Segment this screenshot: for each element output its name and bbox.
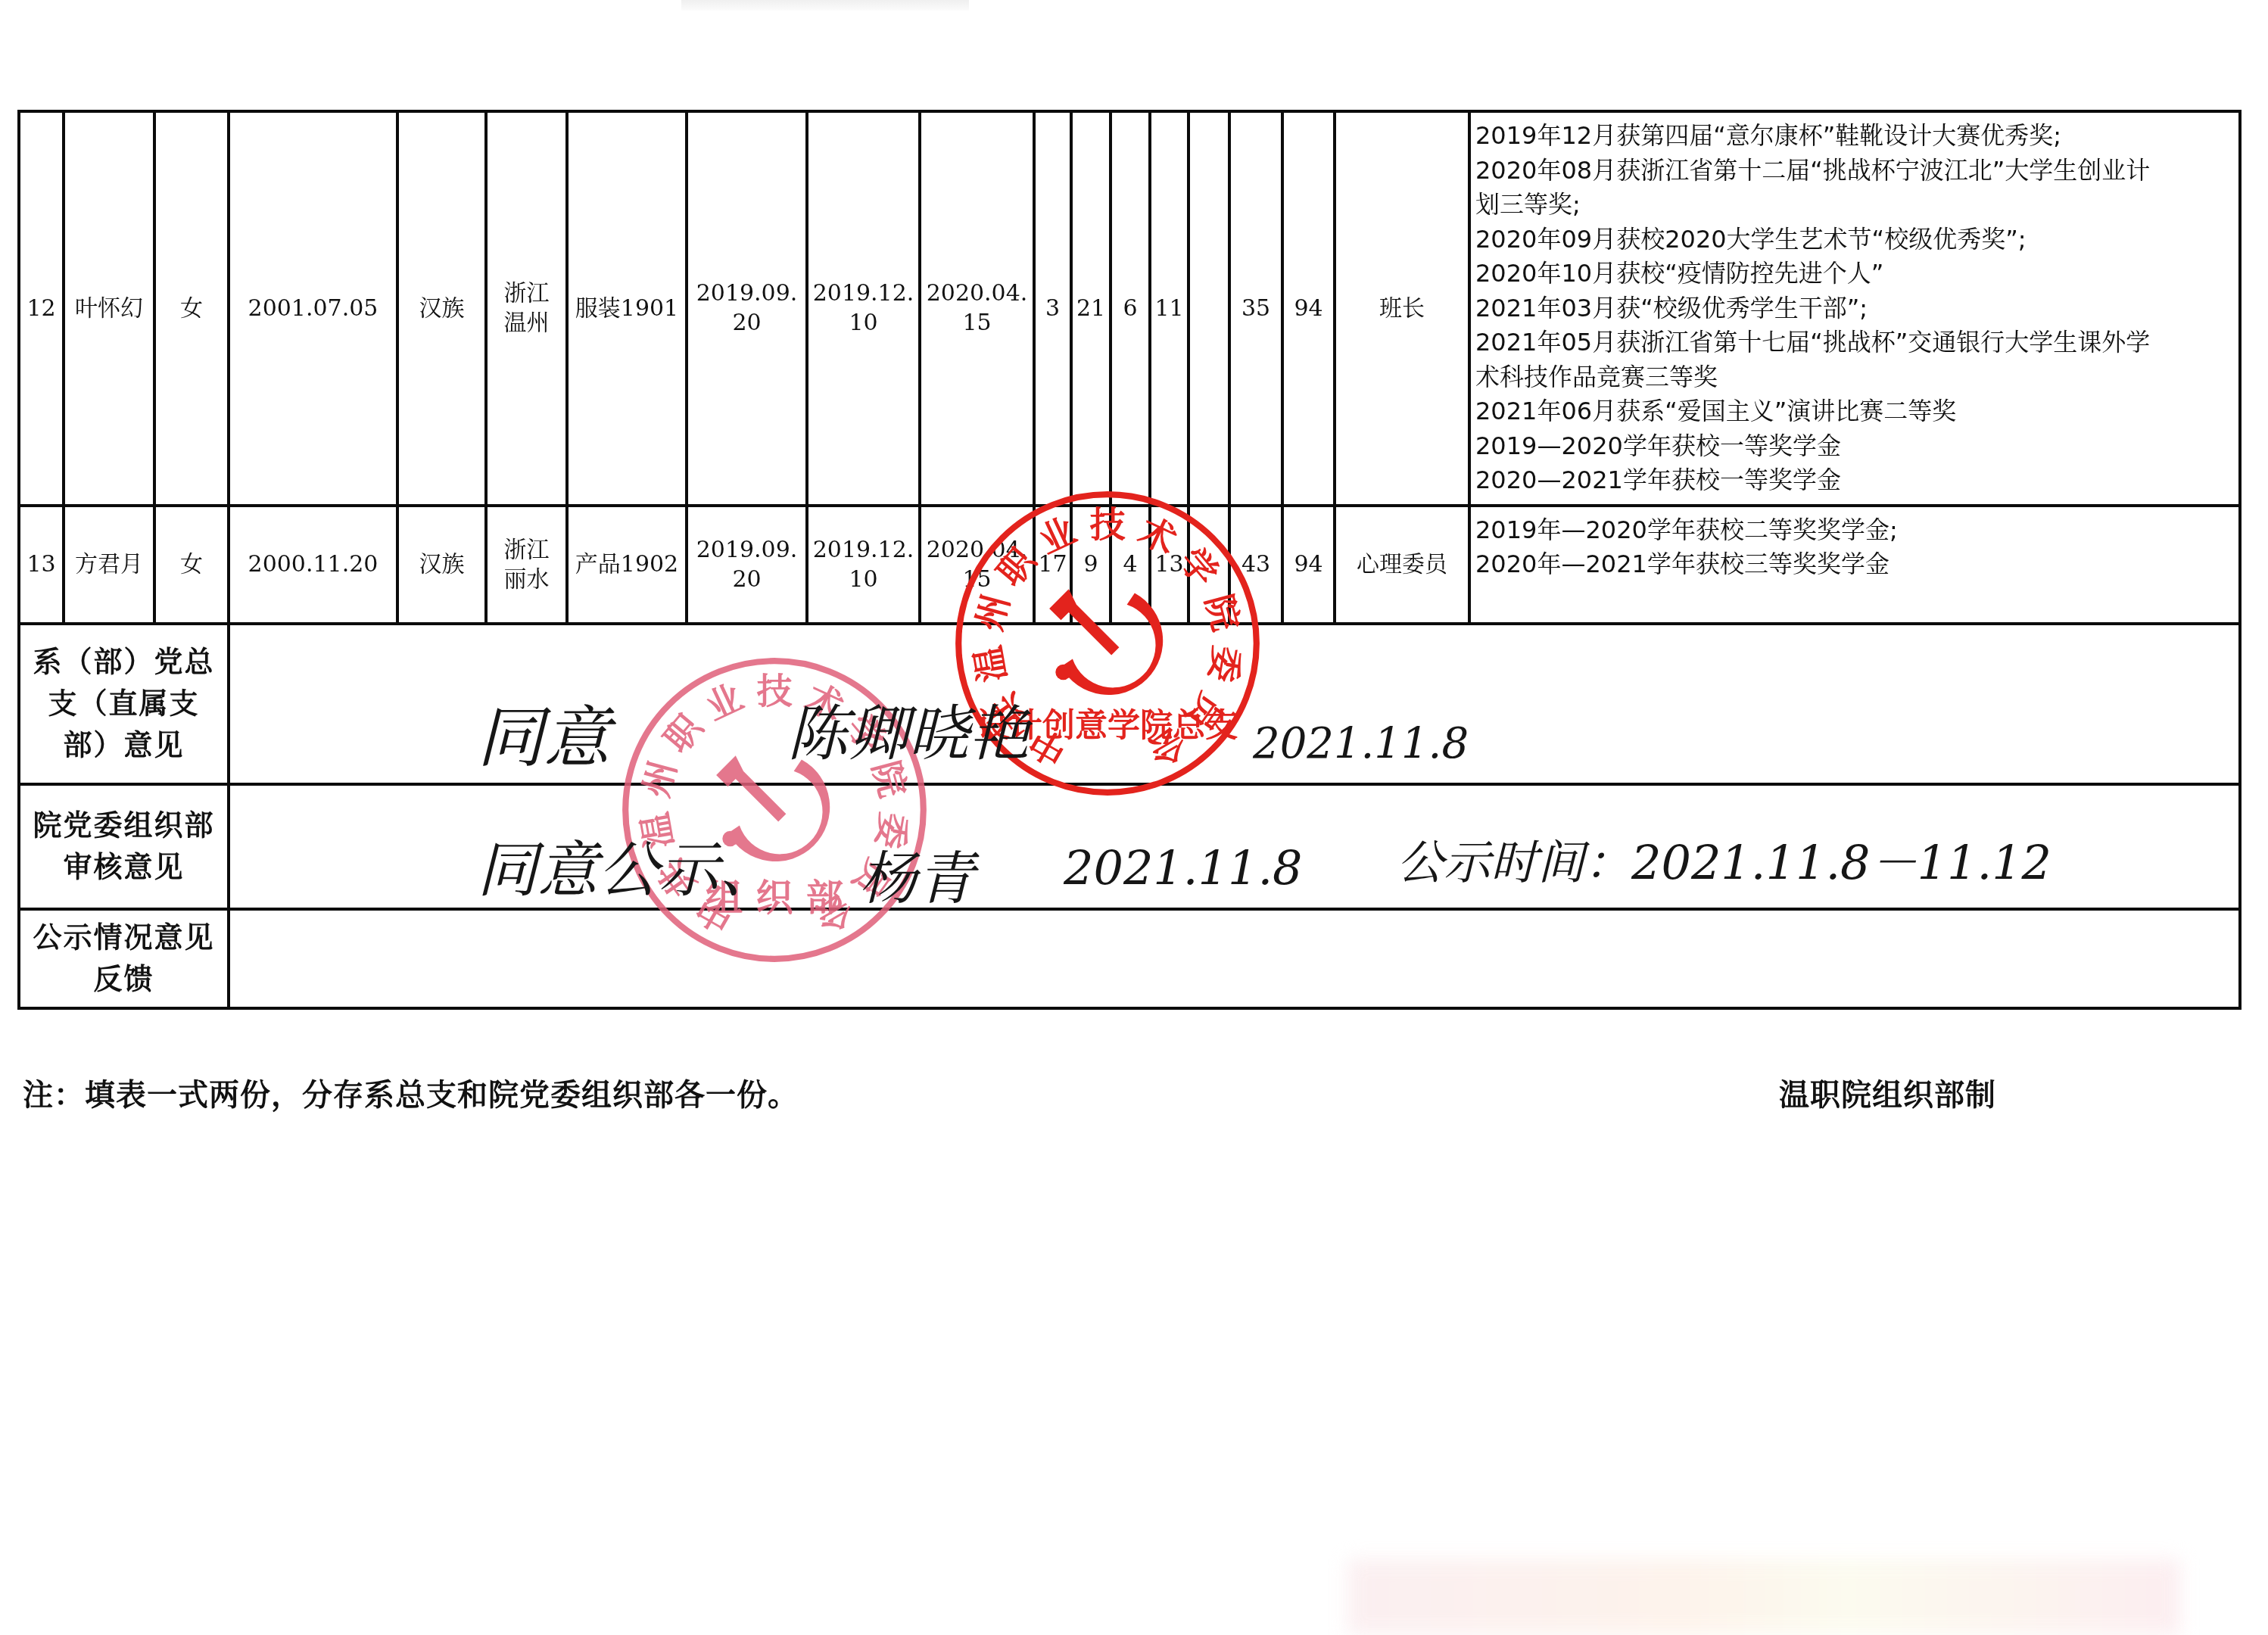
svg-text:业: 业: [1033, 510, 1083, 563]
award-line: 术科技作品竞赛三等奖: [1475, 360, 2234, 395]
date-3-cell-text: 2020.04.15: [927, 279, 1028, 338]
score-cell: 35: [1229, 111, 1282, 506]
svg-text:州: 州: [635, 757, 684, 802]
birth-date-cell: 2000.11.20: [229, 506, 397, 624]
award-line: 2021年05月获浙江省第十七届“挑战杯”交通银行大学生课外学: [1475, 325, 2234, 360]
awards-cell: 2019年12月获第四届“意尔康杯”鞋靴设计大赛优秀奖;2020年08月获浙江省…: [1469, 111, 2240, 506]
origin-cell: 浙江丽水: [486, 506, 567, 624]
date-2-cell: 2019.12.10: [807, 506, 920, 624]
document-page: 12叶怀幻女2001.07.05汉族浙江温州服装19012019.09.2020…: [0, 0, 2268, 1635]
score-cell: 11: [1150, 111, 1189, 506]
date-1-cell-line: 20: [696, 565, 798, 594]
row-number: 13: [19, 506, 64, 624]
footer-note: 注：填表一式两份，分存系总支和院党委组织部各一份。: [23, 1071, 799, 1114]
score-cell: 21: [1071, 111, 1111, 506]
origin-cell-line: 浙江: [504, 279, 550, 308]
date-3-cell-line: 15: [927, 308, 1028, 338]
award-line: 2019—2020学年获校一等奖学金: [1475, 429, 2234, 464]
name-cell: 方君月: [64, 506, 154, 624]
opinion-label-line: 公示情况意见: [28, 917, 220, 958]
date-2-cell-text: 2019.12.10: [813, 279, 914, 338]
date-2-cell: 2019.12.10: [807, 111, 920, 506]
table-row: 12叶怀幻女2001.07.05汉族浙江温州服装19012019.09.2020…: [19, 111, 2240, 506]
score-cell: [1189, 111, 1229, 506]
origin-cell-line: 浙江: [504, 535, 550, 565]
award-line: 2019年12月获第四届“意尔康杯”鞋靴设计大赛优秀奖;: [1475, 119, 2234, 154]
opinion-label-line: 院党委组织部: [28, 805, 220, 846]
opinion-label: 院党委组织部审核意见: [19, 784, 229, 909]
name-cell: 叶怀幻: [64, 111, 154, 506]
handwritten-signature-1: 陈卿晓艳: [787, 685, 1030, 772]
opinion-label-line: 审核意见: [28, 846, 220, 888]
svg-text:温: 温: [967, 643, 1014, 685]
awards-cell: 2019年—2020学年获校二等奖奖学金;2020年—2021学年获校三等奖奖学…: [1469, 506, 2240, 624]
birth-date-cell: 2001.07.05: [229, 111, 397, 506]
row-number: 12: [19, 111, 64, 506]
faint-header-remnant: [681, 0, 969, 11]
handwritten-signature-2: 杨青: [859, 833, 974, 915]
date-2-cell-line: 2019.12.: [813, 279, 914, 308]
svg-text:职: 职: [989, 539, 1045, 594]
date-2-cell-line: 10: [813, 565, 914, 594]
svg-text:学: 学: [1170, 540, 1225, 594]
date-2-cell-line: 2019.12.: [813, 535, 914, 565]
svg-text:术: 术: [1132, 510, 1182, 563]
origin-cell-text: 浙江温州: [504, 279, 550, 338]
award-line: 2020年10月获校“疫情防控先进个人”: [1475, 257, 2234, 291]
date-3-cell-line: 2020.04.: [927, 279, 1028, 308]
footer-maker: 温职院组织部制: [1779, 1071, 1996, 1114]
award-line: 2021年03月获“校级优秀学生干部”;: [1475, 291, 2234, 326]
ethnicity-cell: 汉族: [397, 111, 486, 506]
gender-cell: 女: [154, 506, 229, 624]
publicity-feedback-row: 公示情况意见反馈: [19, 909, 2240, 1008]
award-line: 2021年06月获系“爱国主义”演讲比赛二等奖: [1475, 394, 2234, 429]
opinion-field[interactable]: [229, 909, 2240, 1008]
score-cell: 94: [1282, 111, 1335, 506]
score-cell: 3: [1034, 111, 1071, 506]
opinion-label: 系（部）党总支（直属支部）意见: [19, 624, 229, 784]
handwritten-agree-1: 同意: [477, 685, 610, 780]
award-line: 2020年—2021学年获校三等奖奖学金: [1475, 547, 2234, 582]
score-cell: 94: [1282, 506, 1335, 624]
award-line: 2020年09月获校2020大学生艺术节“校级优秀奖”;: [1475, 223, 2234, 257]
bottom-blur-artifact: [1347, 1559, 2180, 1635]
date-1-cell: 2019.09.20: [687, 111, 807, 506]
date-1-cell: 2019.09.20: [687, 506, 807, 624]
svg-text:院: 院: [1197, 590, 1246, 636]
opinion-label-line: 支（直属支: [28, 683, 220, 724]
svg-text:职: 职: [656, 705, 712, 761]
award-line: 2020—2021学年获校一等奖学金: [1475, 463, 2234, 498]
handwritten-agree-2: 同意公示、: [477, 821, 780, 908]
svg-text:业: 业: [699, 677, 749, 730]
class-cell: 服装1901: [567, 111, 687, 506]
handwritten-publicity-period: 公示时间：2021.11.8－11.12: [1397, 825, 2051, 892]
date-3-cell: 2020.04.15: [920, 111, 1034, 506]
date-1-cell-text: 2019.09.20: [696, 535, 798, 594]
origin-cell-text: 浙江丽水: [504, 535, 550, 594]
award-line: 2020年08月获浙江省第十二届“挑战杯宁波江北”大学生创业计: [1475, 154, 2234, 188]
opinion-label: 公示情况意见反馈: [19, 909, 229, 1008]
origin-cell-line: 丽水: [504, 565, 550, 594]
origin-cell: 浙江温州: [486, 111, 567, 506]
origin-cell-line: 温州: [504, 308, 550, 338]
position-cell: 心理委员: [1335, 506, 1469, 624]
date-1-cell-line: 20: [696, 308, 798, 338]
date-2-cell-line: 10: [813, 308, 914, 338]
date-1-cell-line: 2019.09.: [696, 279, 798, 308]
svg-text:州: 州: [968, 590, 1017, 636]
handwritten-date-2: 2021.11.8: [1064, 840, 1303, 895]
opinion-label-line: 反馈: [28, 958, 220, 1000]
handwritten-date-1: 2021.11.8: [1253, 719, 1469, 768]
class-cell: 产品1902: [567, 506, 687, 624]
svg-text:技: 技: [1089, 504, 1125, 546]
position-cell: 班长: [1335, 111, 1469, 506]
date-1-cell-line: 2019.09.: [696, 535, 798, 565]
opinion-label-line: 部）意见: [28, 724, 220, 766]
award-line: 2019年—2020学年获校二等奖奖学金;: [1475, 513, 2234, 548]
ethnicity-cell: 汉族: [397, 506, 486, 624]
gender-cell: 女: [154, 111, 229, 506]
date-2-cell-text: 2019.12.10: [813, 535, 914, 594]
award-line: 划三等奖;: [1475, 188, 2234, 223]
opinion-label-line: 系（部）党总: [28, 641, 220, 683]
svg-text:委: 委: [1201, 643, 1248, 685]
score-cell: 6: [1111, 111, 1150, 506]
date-1-cell-text: 2019.09.20: [696, 279, 798, 338]
